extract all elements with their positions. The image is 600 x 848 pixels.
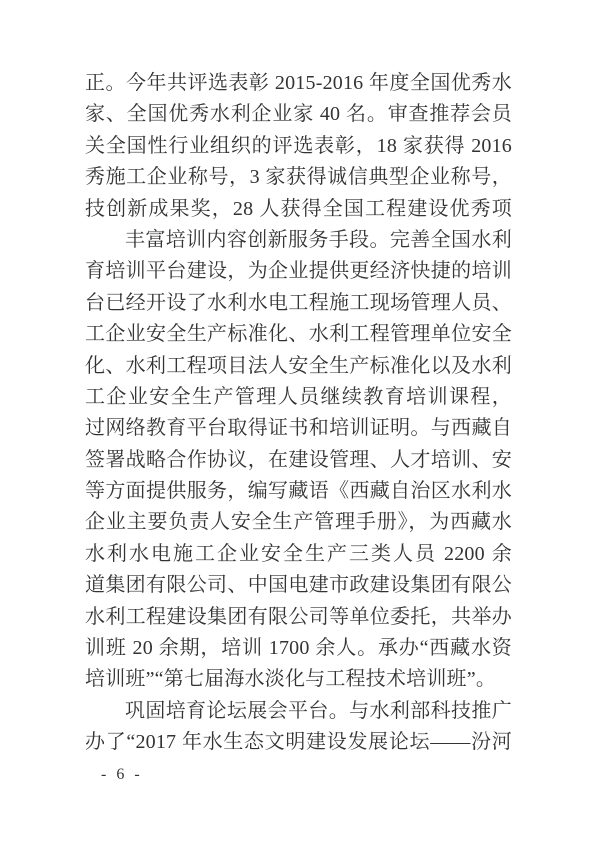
document-page: 正。今年共评选表彰 2015-2016 年度全国优秀水利企业 83家、全国优秀水… [0, 0, 600, 848]
text-line: 育培训平台建设，为企业提供更经济快捷的培训服务。现平 [85, 256, 512, 287]
text-line: 企业主要负责人安全生产管理手册》，为西藏水利行业培训 [85, 507, 512, 538]
text-line: 家、全国优秀水利企业家 40 名。审查推荐会员企业参加相 [85, 99, 512, 130]
text-line: 技创新成果奖，28 人获得全国工程建设优秀项目经理称号。 [85, 194, 512, 225]
text-line: 丰富培训内容创新服务手段。完善全国水利安全远程教 [85, 225, 512, 256]
text-line: 正。今年共评选表彰 2015-2016 年度全国优秀水利企业 83 [85, 68, 512, 99]
text-line: 过网络教育平台取得证书和培训证明。与西藏自治区水利厅 [85, 413, 512, 444]
text-line: 台已经开设了水利水电工程施工现场管理人员、水利水电施 [85, 288, 512, 319]
text-block: 正。今年共评选表彰 2015-2016 年度全国优秀水利企业 83家、全国优秀水… [85, 68, 512, 759]
text-line: 办了“2017 年水生态文明建设发展论坛——汾河流域生态修 [85, 727, 512, 758]
text-line: 水利水电施工企业安全生产三类人员 2200 余人。受中铁隧 [85, 539, 512, 570]
text-line: 训班 20 余期，培训 1700 余人。承办“西藏水资源管理能力 [85, 633, 512, 664]
text-line: 工企业安全生产标准化、水利工程管理单位安全生产标准 [85, 319, 512, 350]
text-line: 签署战略合作协议，在建设管理、人才培训、安全生产管理 [85, 445, 512, 476]
text-line: 等方面提供服务，编写藏语《西藏自治区水利水电工程施工 [85, 476, 512, 507]
text-line: 工企业安全生产管理人员继续教育培训课程，1600 余人次通 [85, 382, 512, 413]
page-number: - 6 - [101, 764, 143, 786]
text-line: 关全国性行业组织的评选表彰，18 家获得 2016 年度全国优 [85, 131, 512, 162]
text-line: 巩固培育论坛展会平台。与水利部科技推广中心联合主 [85, 696, 512, 727]
text-line: 化、水利工程项目法人安全生产标准化以及水利水电工程施 [85, 351, 512, 382]
text-line: 道集团有限公司、中国电建市政建设集团有限公司、上海市 [85, 570, 512, 601]
text-line: 培训班”“第七届海水淡化与工程技术培训班”。 [85, 664, 512, 695]
text-line: 秀施工企业称号，3 家获得诚信典型企业称号，2 家获得科 [85, 162, 512, 193]
text-line: 水利工程建设集团有限公司等单位委托，共举办三类人员培 [85, 602, 512, 633]
